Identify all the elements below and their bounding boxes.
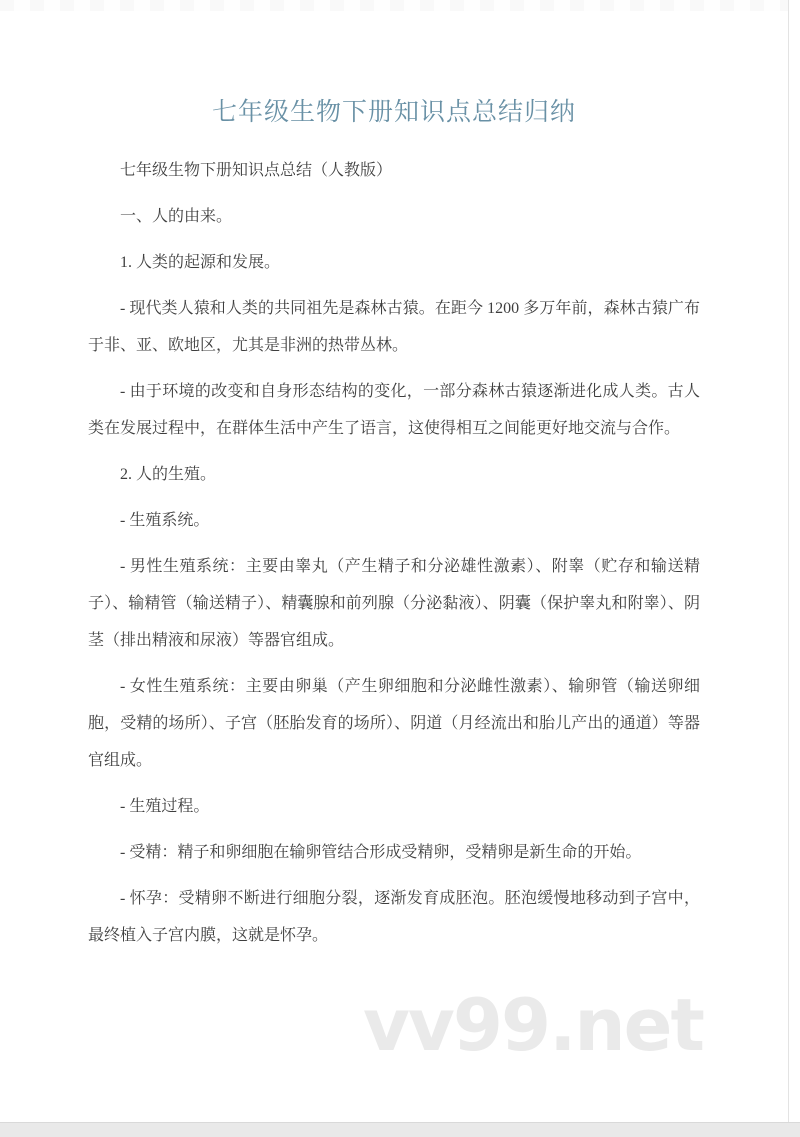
document-content: 七年级生物下册知识点总结归纳 七年级生物下册知识点总结（人教版） 一、人的由来。… [0,0,788,963]
paragraph: - 怀孕：受精卵不断进行细胞分裂，逐渐发育成胚泡。胚泡缓慢地移动到子宫中，最终植… [88,880,700,954]
paragraph: - 女性生殖系统：主要由卵巢（产生卵细胞和分泌雌性激素）、输卵管（输送卵细胞，受… [88,668,700,779]
paragraph-section-1: 一、人的由来。 [88,198,700,235]
paragraph: - 现代类人猿和人类的共同祖先是森林古猿。在距今 1200 多万年前，森林古猿广… [88,290,700,364]
document-page: 七年级生物下册知识点总结归纳 七年级生物下册知识点总结（人教版） 一、人的由来。… [0,0,789,1122]
page-separator [0,1122,800,1137]
paragraph: - 生殖系统。 [88,502,700,539]
page-title: 七年级生物下册知识点总结归纳 [88,96,700,128]
paragraph: - 男性生殖系统：主要由睾丸（产生精子和分泌雄性激素）、附睾（贮存和输送精子）、… [88,548,700,659]
paragraph: - 生殖过程。 [88,788,700,825]
watermark: vv99.net [363,986,703,1064]
paragraph: - 受精：精子和卵细胞在输卵管结合形成受精卵，受精卵是新生命的开始。 [88,834,700,871]
paragraph-subtitle: 七年级生物下册知识点总结（人教版） [88,152,700,189]
paragraph-topic-1: 1. 人类的起源和发展。 [88,244,700,281]
paragraph-topic-2: 2. 人的生殖。 [88,456,700,493]
paragraph: - 由于环境的改变和自身形态结构的变化，一部分森林古猿逐渐进化成人类。古人类在发… [88,373,700,447]
